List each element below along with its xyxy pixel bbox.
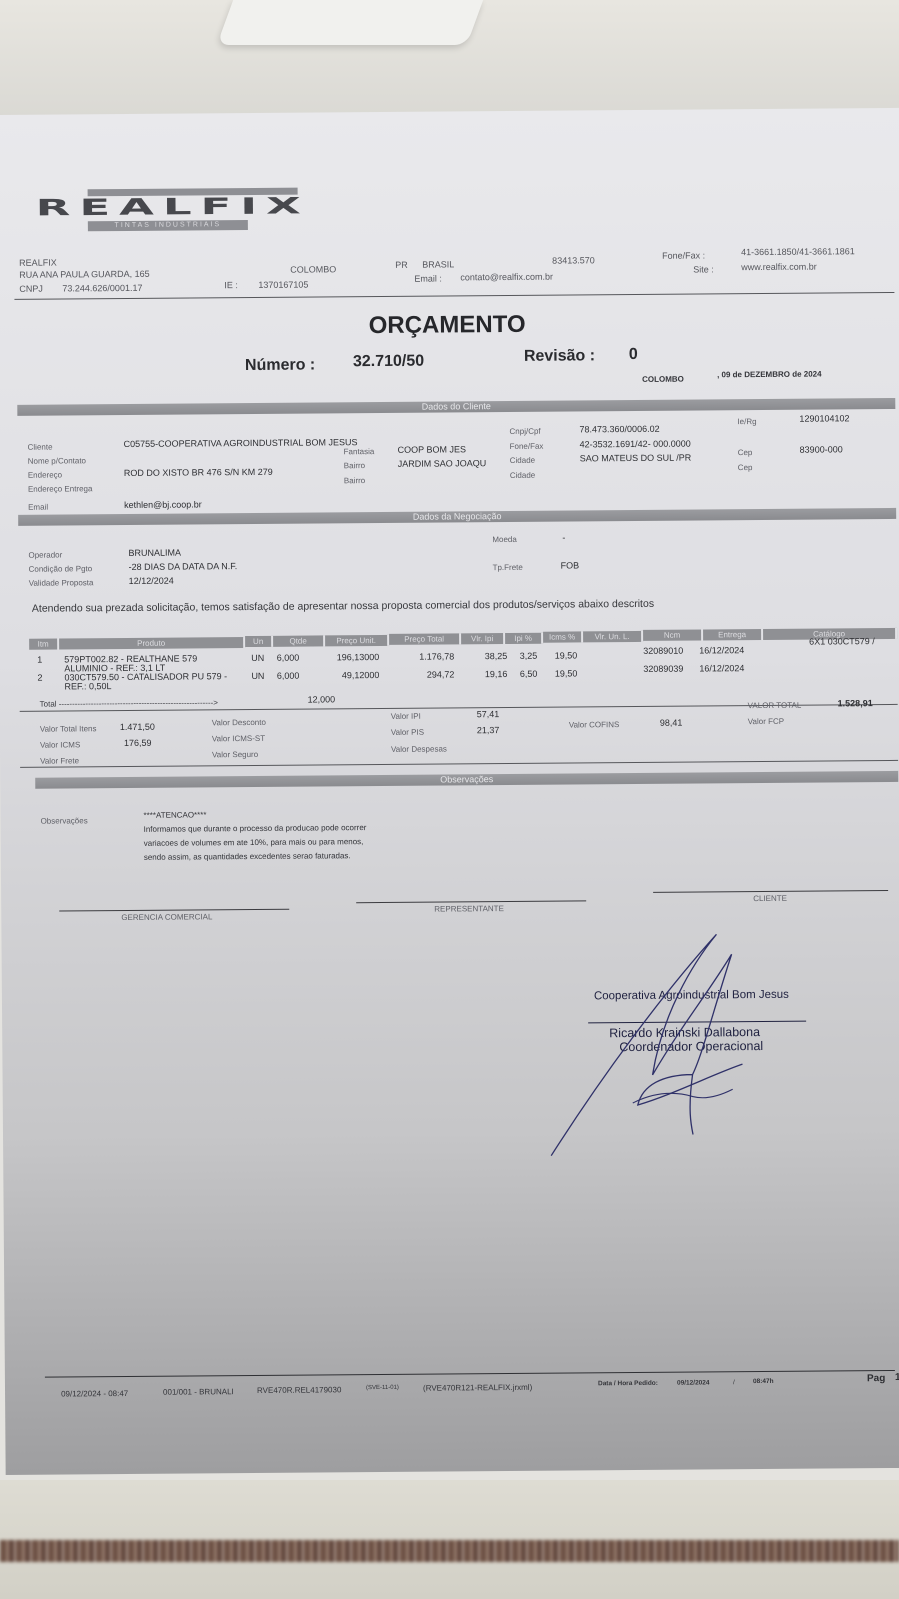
cep2-label: Cep: [738, 463, 753, 472]
column-header: Icms %: [543, 631, 583, 642]
validity-label: Validade Proposta: [29, 578, 94, 588]
company-country: BRASIL: [422, 259, 454, 269]
icms-value: 176,59: [124, 738, 152, 748]
currency: -: [562, 533, 565, 543]
signature-cliente-label: CLIENTE: [753, 894, 787, 903]
column-header: Vlr. Un. L.: [583, 631, 643, 642]
header-divider: [14, 292, 894, 300]
order-datetime-label: Data / Hora Pedido:: [598, 1380, 658, 1387]
cell-preco-unit: 49,12000: [309, 670, 379, 681]
payment-terms: -28 DIAS DA DATA DA N.F.: [129, 561, 238, 572]
freight-label: Tp.Frete: [493, 563, 523, 572]
freight-type: FOB: [561, 560, 580, 570]
client-name: C05755-COOPERATIVA AGROINDUSTRIAL BOM JE…: [124, 437, 358, 449]
company-cep: 83413.570: [552, 255, 595, 265]
grand-total: 1.528,91: [838, 698, 873, 708]
column-header: Entrega: [703, 629, 763, 640]
operator: BRUNALIMA: [128, 548, 181, 558]
client-city: SAO MATEUS DO SUL /PR: [580, 453, 692, 464]
company-ie-label: IE :: [224, 280, 238, 290]
company-address: RUA ANA PAULA GUARDA, 165: [19, 269, 149, 280]
footer-report: RVE470R.REL4179030: [257, 1385, 341, 1395]
expenses-label: Valor Despesas: [391, 744, 447, 753]
signature-line-representante: [356, 900, 586, 903]
logo-subtitle: TINTAS INDUSTRIAIS: [88, 220, 248, 231]
client-cep: 83900-000: [800, 444, 843, 454]
page-label: Pag: [867, 1373, 885, 1384]
grand-total-label: VALOR TOTAL: [748, 701, 802, 710]
payment-terms-label: Condição de Pgto: [29, 564, 93, 573]
cell-preco-unit: 196,13000: [309, 652, 379, 663]
column-header: Preço Total: [389, 633, 461, 645]
document-title: ORÇAMENTO: [369, 311, 526, 340]
fcp-label: Valor FCP: [748, 717, 784, 726]
footer-divider: [45, 1370, 895, 1378]
pis-value: 21,37: [477, 725, 500, 735]
observation-line: sendo assim, as quantidades excedentes s…: [144, 851, 351, 862]
client-email: kethlen@bj.coop.br: [124, 499, 202, 510]
cell-ncm: 32089039: [643, 664, 683, 674]
column-header: Ipi %: [505, 633, 543, 644]
bairro2-label: Bairro: [344, 476, 365, 485]
client-cnpj: 78.473.360/0006.02: [579, 424, 659, 435]
cell-icms-pct: 19,50: [507, 650, 577, 661]
order-separator: /: [733, 1379, 735, 1386]
cell-qtde: 6,000: [229, 653, 299, 664]
background-object: [217, 0, 483, 45]
observations-band: Observações: [35, 771, 898, 789]
order-time: 08:47h: [753, 1378, 774, 1385]
client-phone: 42-3532.1691/42- 000.0000: [580, 439, 691, 450]
cell-catalogo: 6X1 030CT579 /: [809, 636, 875, 647]
company-ie: 1370167105: [258, 280, 308, 290]
validity: 12/12/2024: [129, 576, 174, 586]
handwritten-signature-icon: [541, 924, 803, 1166]
company-name: REALFIX: [19, 258, 57, 268]
cnpj-label: Cnpj/Cpf: [509, 427, 540, 436]
signature-line-cliente: [653, 890, 888, 893]
observation-line: Informamos que durante o processo da pro…: [144, 823, 367, 834]
company-site: www.realfix.com.br: [741, 262, 817, 273]
pis-label: Valor PIS: [391, 728, 424, 737]
cidade2-label: Cidade: [510, 471, 535, 480]
cofins-label: Valor COFINS: [569, 720, 620, 729]
footer-user: 001/001 - BRUNALI: [163, 1387, 234, 1397]
cep-label: Cep: [738, 448, 753, 457]
cell-item: 2: [37, 673, 42, 683]
cell-entrega: 16/12/2024: [699, 645, 744, 655]
document-date: , 09 de DEZEMBRO de 2024: [717, 370, 822, 380]
client-address: ROD DO XISTO BR 476 S/N KM 279: [124, 467, 273, 478]
cell-produto-line2: REF.: 0,50L: [64, 681, 111, 691]
company-phone-label: Fone/Fax :: [662, 250, 705, 260]
client-label: Cliente: [28, 443, 53, 452]
client-email-label: Email: [28, 503, 48, 512]
address-label: Endereço: [28, 470, 62, 479]
currency-label: Moeda: [492, 535, 517, 544]
client-ierg: 1290104102: [799, 413, 849, 423]
freight-value-label: Valor Frete: [40, 756, 79, 765]
revision-label: Revisão :: [524, 347, 595, 366]
company-site-label: Site :: [693, 264, 714, 274]
discount-label: Valor Desconto: [212, 718, 266, 727]
cell-item: 1: [37, 655, 42, 665]
footer-version: (SVE-11-01): [366, 1385, 399, 1391]
cell-ncm: 32089010: [643, 646, 683, 656]
ipi-label: Valor IPI: [391, 712, 421, 721]
company-email: contato@realfix.com.br: [460, 272, 553, 283]
column-header: Ncm: [643, 629, 703, 640]
totals-divider: [20, 760, 898, 768]
client-section-band: Dados do Cliente: [17, 398, 895, 416]
bairro-label: Bairro: [344, 461, 365, 470]
background-edge: [0, 1540, 899, 1562]
insurance-label: Valor Seguro: [212, 750, 258, 759]
fantasia-label: Fantasia: [344, 447, 375, 456]
observation-line: variacoes de volumes em ate 10%, para ma…: [144, 837, 364, 848]
company-email-label: Email :: [414, 273, 442, 283]
ipi-value: 57,41: [477, 709, 500, 719]
cofins-value: 98,41: [660, 718, 683, 728]
intro-text: Atendendo sua prezada solicitação, temos…: [32, 598, 654, 615]
observation-line: ****ATENCAO****: [143, 810, 206, 819]
footer-timestamp: 09/12/2024 - 08:47: [61, 1389, 128, 1399]
cell-icms-pct: 19,50: [507, 668, 577, 679]
cidade-label: Cidade: [510, 456, 535, 465]
signature-gerencia-label: GERENCIA COMERCIAL: [121, 912, 212, 922]
company-cnpj-label: CNPJ: [19, 284, 43, 294]
signature-representante-label: REPRESENTANTE: [434, 904, 504, 914]
ierg-label: Ie/Rg: [737, 417, 756, 426]
company-logo: REALFIX TINTAS INDUSTRIAIS: [36, 188, 298, 232]
column-header: Produto: [59, 637, 245, 649]
logo-text: REALFIX: [36, 194, 429, 220]
column-header: Vlr. Ipi: [461, 633, 505, 644]
signature-line-gerencia: [59, 909, 289, 912]
number-label: Número :: [245, 356, 315, 375]
client-bairro: JARDIM SAO JOAQU: [398, 458, 487, 469]
total-items-label: Valor Total Itens: [40, 724, 97, 733]
column-header: Itm: [29, 639, 59, 650]
quote-number: 32.710/50: [353, 353, 424, 372]
client-fantasia: COOP BOM JES: [398, 444, 466, 455]
operator-label: Operador: [28, 550, 62, 559]
total-items: 1.471,50: [120, 722, 155, 732]
company-cnpj: 73.244.626/0001.17: [62, 283, 142, 294]
cell-qtde: 6,000: [229, 671, 299, 682]
document-place: COLOMBO: [642, 375, 684, 384]
order-date: 09/12/2024: [677, 1379, 710, 1386]
delivery-address-label: Endereço Entrega: [28, 484, 93, 494]
fone-label: Fone/Fax: [510, 442, 544, 451]
total-qty: 12,000: [308, 694, 336, 704]
revision-number: 0: [629, 346, 638, 364]
company-phone: 41-3661.1850/41-3661.1861: [741, 246, 855, 257]
icms-st-label: Valor ICMS-ST: [212, 734, 265, 743]
column-header: Un: [245, 636, 273, 647]
quote-document: REALFIX TINTAS INDUSTRIAIS REALFIX RUA A…: [0, 108, 899, 1475]
negotiation-section-band: Dados da Negociação: [18, 508, 896, 526]
total-label: Total ----------------------------------…: [40, 698, 218, 708]
page-number: 1: [895, 1372, 899, 1383]
observations-label: Observações: [41, 816, 88, 825]
column-header: Qtde: [273, 635, 325, 646]
cell-entrega: 16/12/2024: [699, 663, 744, 673]
icms-label: Valor ICMS: [40, 740, 80, 749]
column-header: Preço Unit.: [325, 635, 389, 647]
contact-label: Nome p/Contato: [28, 456, 86, 465]
company-city: COLOMBO: [290, 264, 336, 274]
footer-xml: (RVE470R121-REALFIX.jrxml): [423, 1383, 532, 1393]
company-state: PR: [395, 260, 408, 270]
